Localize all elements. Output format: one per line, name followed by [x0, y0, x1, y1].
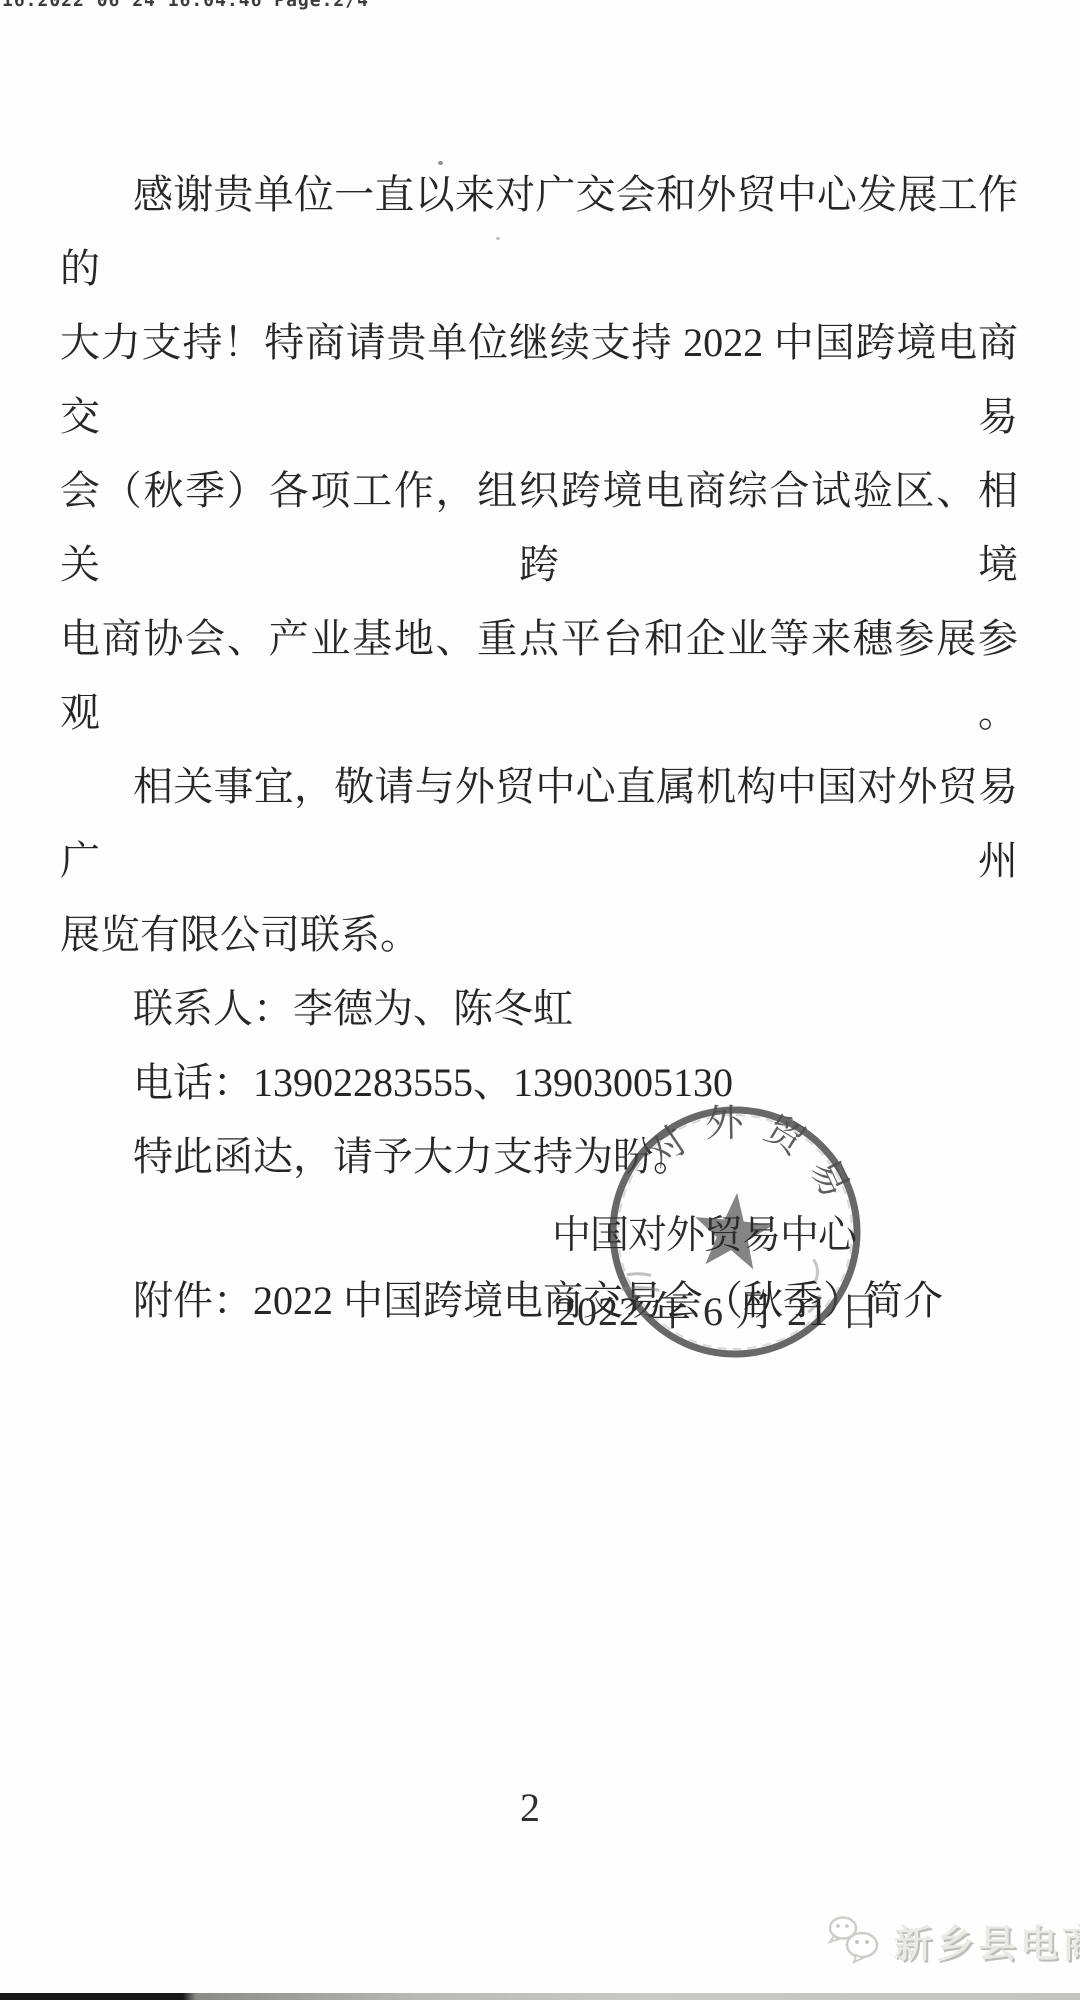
letter-line: 大力支持！特商请贵单位继续支持 2022 中国跨境电商交易: [60, 306, 1018, 454]
letter-line: 相关事宜，敬请与外贸中心直属机构中国对外贸易广州: [60, 750, 1018, 898]
publisher-watermark: 新乡县电商办: [826, 1912, 1080, 1968]
letter-body: 感谢贵单位一直以来对广交会和外贸中心发展工作的大力支持！特商请贵单位继续支持 2…: [60, 158, 1018, 1338]
scan-timestamp-header: 16.2022 06 24 16.04.46 Page:2/4: [2, 0, 369, 11]
letter-line: 电商协会、产业基地、重点平台和企业等来穗参展参观。: [60, 602, 1018, 750]
letter-line: 感谢贵单位一直以来对广交会和外贸中心发展工作的: [60, 158, 1018, 306]
watermark-label: 新乡县电商办: [894, 1913, 1080, 1968]
scanned-letter-page: 16.2022 06 24 16.04.46 Page:2/4 感谢贵单位一直以…: [0, 0, 1080, 2000]
signature-organization: 中国对外贸易中心: [552, 1204, 856, 1260]
page-number: 2: [520, 1784, 540, 1831]
letter-line: 会（秋季）各项工作，组织跨境电商综合试验区、相关跨境: [60, 454, 1018, 602]
signature-date: 2022 年 6 月 21 日: [556, 1280, 881, 1337]
wechat-icon: [826, 1913, 884, 1967]
scan-edge-bar: [0, 1993, 1080, 2000]
letter-line: 展览有限公司联系。: [60, 898, 1018, 972]
letter-line: 电话：13902283555、13903005130: [60, 1046, 1018, 1120]
letter-line: 联系人：李德为、陈冬虹: [60, 972, 1018, 1046]
